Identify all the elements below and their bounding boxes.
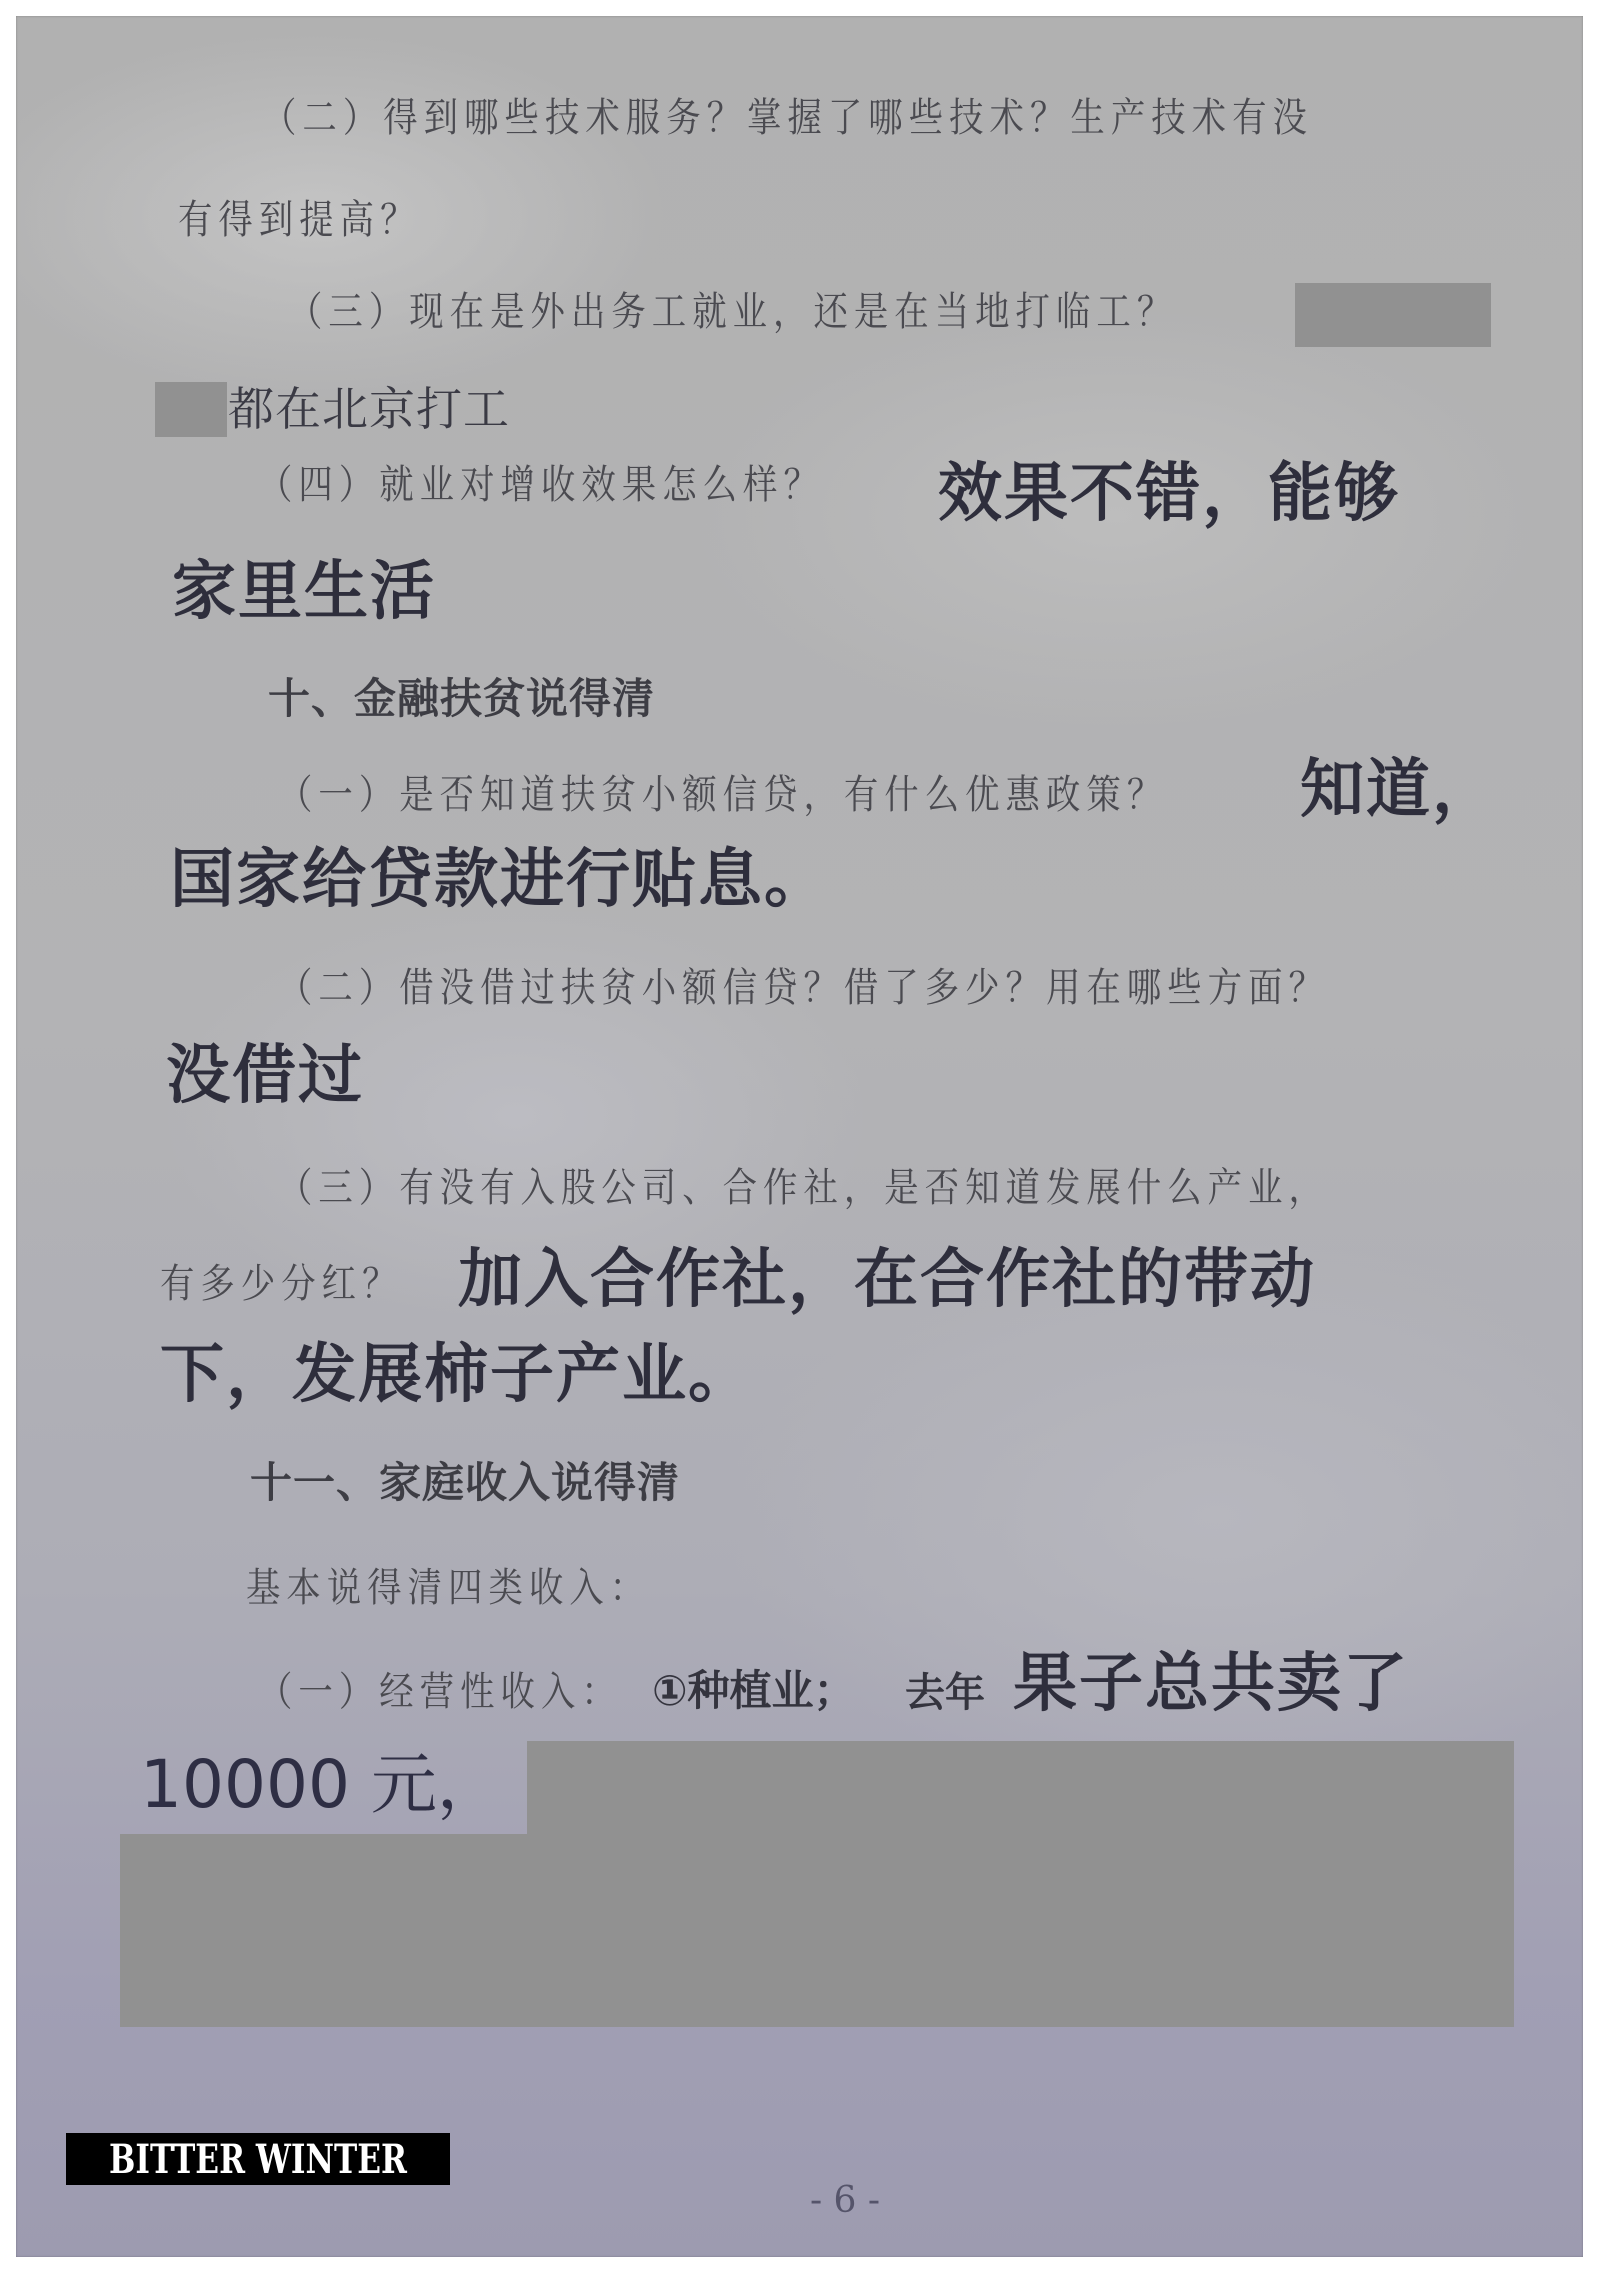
section-11-intro: 基本说得清四类收入： [246, 1568, 650, 1608]
answer-11-1-part-2: 10000 元， [140, 1752, 503, 1818]
question-9-4: （四）就业对增收效果怎么样？ [258, 465, 824, 505]
answer-10-2: 没借过 [166, 1044, 364, 1108]
redaction-box [155, 382, 227, 437]
question-9-3: （三）现在是外出务工就业，还是在当地打临工？ [288, 292, 1177, 332]
redaction-box [1295, 283, 1491, 347]
section-10-heading: 十、金融扶贫说得清 [268, 678, 655, 720]
answer-10-3-part-2: 下，发展柿子产业。 [160, 1343, 754, 1407]
question-10-2: （二）借没借过扶贫小额信贷？借了多少？用在哪些方面？ [278, 968, 1329, 1008]
answer-9-3: 都在北京打工 [228, 386, 510, 432]
answer-10-3-part-1: 加入合作社，在合作社的带动 [458, 1248, 1316, 1312]
bitter-winter-watermark: BITTER WINTER [66, 2133, 450, 2185]
watermark-text: BITTER WINTER [109, 2136, 407, 2183]
answer-10-1-part-1: 知道， [1300, 758, 1498, 822]
question-10-3-line-1: （三）有没有入股公司、合作社，是否知道发展什么产业， [278, 1168, 1329, 1208]
question-9-2-line-2: 有得到提高？ [178, 200, 421, 240]
question-9-2-line-1: （二）得到哪些技术服务？掌握了哪些技术？生产技术有没 [262, 98, 1313, 138]
question-10-1: （一）是否知道扶贫小额信贷，有什么优惠政策？ [278, 775, 1167, 815]
answer-9-4-part-1: 效果不错，能够 [938, 462, 1400, 526]
answer-9-4-part-2: 家里生活 [172, 560, 436, 624]
page-number: - 6 - [800, 2180, 890, 2221]
question-10-3-line-2: 有多少分红？ [160, 1264, 403, 1304]
question-11-1-prefix: 去年 [905, 1673, 985, 1713]
redaction-box [120, 1834, 1514, 2027]
redaction-box [527, 1741, 1514, 1835]
answer-10-1-part-2: 国家给贷款进行贴息。 [170, 848, 830, 912]
answer-11-1-part-1: 果子总共卖了 [1013, 1652, 1409, 1716]
question-11-1: （一）经营性收入： [258, 1672, 622, 1712]
question-9-4-row: （四）就业对增收效果怎么样？ [258, 465, 916, 505]
section-11-heading: 十一、家庭收入说得清 [250, 1462, 680, 1504]
question-11-1-subitem: ①种植业； [652, 1670, 856, 1712]
